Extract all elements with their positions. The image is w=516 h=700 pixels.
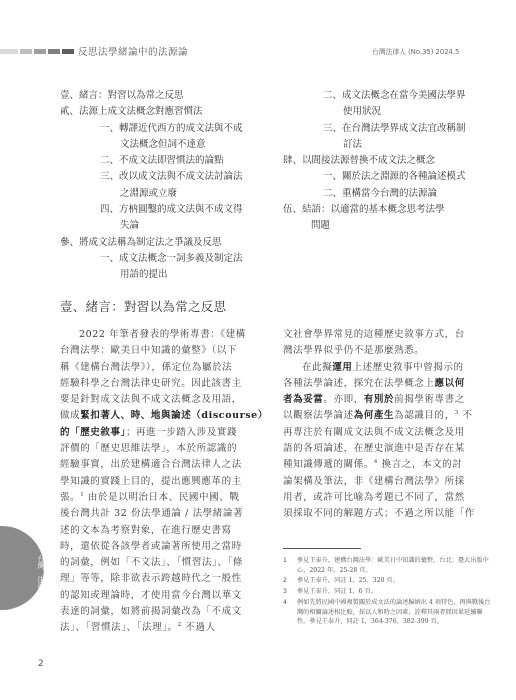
body-line: 稱《建構台灣法學》），係定位為屬於法 — [60, 360, 275, 376]
toc-entry[interactable]: 二、成文法概念在當今美國法學界使用狀況 — [283, 88, 493, 121]
body-line: 台灣法學：歐美日中知識的彙整》（以下 — [60, 343, 275, 359]
toc-entry[interactable]: 三、改以成文法與不成文法討論法之淵源或立廢 — [60, 169, 275, 202]
toc-entry[interactable]: 伍、結語：以適當的基本概念思考法學問題 — [283, 202, 493, 235]
toc-entry-label: 參、將成文法稱為制定法之爭議及反思 — [60, 235, 275, 251]
toc-entry[interactable]: 肆、以間接法源替換不成文法之概念 — [283, 153, 493, 169]
toc-entry-label: 四、方枘圓鑿的成文法與不成文得 — [100, 202, 275, 218]
body-line: 學知識的實踐上目的，提出應興應革的主 — [60, 474, 275, 490]
body-line-emphasis: 在此擬運用上述歷史敘事中曾揭示的 — [283, 360, 493, 376]
section-heading: 壹、緒言：對習以為常之反思 — [60, 297, 226, 315]
footnote-1: 1 參見王泰升，建構台灣法學：歐美日中知識的彙整，台北：臺大出版中心，2022 … — [283, 556, 493, 575]
toc-entry-label: 二、不成文法即習慣法的論點 — [100, 153, 275, 169]
toc-entry-continuation: 用語的提出 — [100, 267, 275, 283]
journal-issue: 台灣法律人 (No.35) 2024.5 — [372, 46, 459, 56]
toc-entry[interactable]: 參、將成文法稱為制定法之爭議及反思 — [60, 235, 275, 251]
body-line: 須採取不同的解題方式；不過之所以能「作 — [283, 506, 493, 522]
footnote-number: 1 — [283, 556, 297, 575]
toc-entry-label: 一、轉譯近代西方的成文法與不成 — [100, 121, 275, 137]
bar-shade-1 — [0, 49, 18, 54]
toc-entry-continuation: 訂法 — [323, 137, 493, 153]
header-decorative-bars — [0, 49, 74, 54]
body-line-footnote-ref: 張。1 由於是以明治日本、民國中國、戰 — [60, 490, 275, 506]
toc-entry[interactable]: 貳、法源上成文法概念對應習慣法 — [60, 104, 275, 120]
body-line: 要是針對成文法與不成文法概念及用語， — [60, 392, 275, 408]
bar-shade-2 — [20, 49, 32, 54]
side-tab-line: 人的歷史 — [25, 598, 45, 626]
toc-entry-label: 三、在台灣法學界成文法宜改稱制 — [323, 121, 493, 137]
bar-shade-4 — [48, 49, 60, 54]
body-line: 表達的詞彙，如將前揭詞彙改為「不成文 — [60, 604, 275, 620]
body-line: 評價的「歷史思維法學」，本於所認識的 — [60, 441, 275, 457]
toc-entry[interactable]: 二、不成文法即習慣法的論點 — [60, 153, 275, 169]
body-line: 述的文本為考察對象，在進行歷史書寫 — [60, 523, 275, 539]
toc-entry-continuation: 失論 — [100, 218, 275, 234]
body-line: 經驗科學之台灣法律史研究。因此該書主 — [60, 376, 275, 392]
toc-entry-continuation: 之淵源或立廢 — [100, 186, 275, 202]
body-line-emphasis: 做成緊扣著人、時、地與論述（discourse） — [60, 408, 275, 424]
toc-entry-label: 伍、結語：以適當的基本概念思考法學 — [283, 202, 493, 218]
footnote-2: 2 參見王泰升，同註 1，25、320 頁。 — [283, 576, 493, 586]
running-header: 反思法學緒論中的法源論 台灣法律人 (No.35) 2024.5 — [0, 38, 516, 54]
body-line: 時，還依從各該學者或論著所使用之當時 — [60, 539, 275, 555]
toc-entry[interactable]: 一、成文法概念一詞多義及制定法用語的提出 — [60, 251, 275, 284]
toc-entry-label: 一、關於法之淵源的各種論述模式 — [323, 169, 493, 185]
body-line: 的詞彙，例如「不文法」、「慣習法」、「條 — [60, 555, 275, 571]
toc-entry-label: 肆、以間接法源替換不成文法之概念 — [283, 153, 493, 169]
body-line: 文社會學界常見的這種歷史敘事方式，台 — [283, 327, 493, 343]
body-line: 經驗事實，出於建構適合台灣法律人之法 — [60, 457, 275, 473]
footnote-number: 4 — [283, 598, 297, 627]
bar-shade-5 — [62, 49, 74, 54]
body-line: 理」等等，除非欲表示跨越時代之一般性 — [60, 571, 275, 587]
table-of-contents-left: 壹、緒言：對習以為常之反思貳、法源上成文法概念對應習慣法一、轉譯近代西方的成文法… — [60, 88, 275, 284]
page-number: 2 — [38, 659, 44, 669]
body-line: 語的各項論述，在歷史演進中是否存在某 — [283, 441, 493, 457]
footnote-4: 4 例如先將民國中國複製關於成文法的論述歸納出 4 項特色，再與戰後台灣的相關論… — [283, 598, 493, 627]
body-line-emphasis: 各種法學論述，探究在法學概念上應以何 — [283, 376, 493, 392]
body-line: 後台灣共計 32 份法學通論 / 法學緒論著 — [60, 506, 275, 522]
footnote-ref-3[interactable]: 3 — [455, 410, 459, 416]
bar-shade-3 — [34, 49, 46, 54]
toc-entry[interactable]: 三、在台灣法學界成文法宜改稱制訂法 — [283, 121, 493, 154]
footnote-divider — [283, 548, 361, 549]
body-line-footnote-ref: 法」、「習慣法」、「法理」。2 不過人 — [60, 620, 275, 636]
body-line-emphasis: 以觀察法學論述為何產生為認識目的，3 不 — [283, 408, 493, 424]
body-line: 的認知或理論時，才使用當今台灣以華文 — [60, 588, 275, 604]
toc-entry[interactable]: 壹、緒言：對習以為常之反思 — [60, 88, 275, 104]
footnote-text: 例如先將民國中國複製關於成文法的論述歸納出 4 項特色，再與戰後台灣的相關論述相… — [297, 598, 493, 627]
toc-entry-label: 二、重構當今台灣的法源論 — [323, 186, 493, 202]
footnote-text: 參見王泰升，同註 1，6 頁。 — [297, 587, 493, 597]
footnote-number: 2 — [283, 576, 297, 586]
body-line: 論架構及筆法，非《建構台灣法學》所採 — [283, 474, 493, 490]
footnote-ref-2[interactable]: 2 — [178, 622, 182, 628]
footnote-number: 3 — [283, 587, 297, 597]
toc-entry-label: 壹、緒言：對習以為常之反思 — [60, 88, 275, 104]
footnote-text: 參見王泰升，同註 1，25、320 頁。 — [297, 576, 493, 586]
toc-entry-label: 二、成文法概念在當今美國法學界 — [323, 88, 493, 104]
body-column-right: 文社會學界常見的這種歷史敘事方式，台 灣法學界似乎仍不是那麼熟悉。 在此擬運用上… — [283, 327, 493, 523]
table-of-contents-right: 二、成文法概念在當今美國法學界使用狀況三、在台灣法學界成文法宜改稱制訂法肆、以間… — [283, 88, 493, 235]
toc-entry-continuation: 文法概念但詞不達意 — [100, 137, 275, 153]
body-line: 用者，或許可比喻為考題已不同了，當然 — [283, 490, 493, 506]
toc-entry[interactable]: 一、關於法之淵源的各種論述模式 — [283, 169, 493, 185]
body-column-left: 2022 年筆者發表的學術專書：《建構 台灣法學：歐美日中知識的彙整》（以下 稱… — [60, 327, 275, 637]
side-tab-label: 台灣．法律． 人的歷史 — [25, 555, 45, 626]
body-line: 再專注於有關成文法與不成文法概念及用 — [283, 425, 493, 441]
body-line: 灣法學界似乎仍不是那麼熟悉。 — [283, 343, 493, 359]
toc-entry-label: 一、成文法概念一詞多義及制定法 — [100, 251, 275, 267]
running-title: 反思法學緒論中的法源論 — [78, 44, 188, 58]
toc-entry-continuation: 使用狀況 — [323, 104, 493, 120]
toc-entry[interactable]: 四、方枘圓鑿的成文法與不成文得失論 — [60, 202, 275, 235]
body-line-emphasis: 的「歷史敘事」；再進一步踏入涉及實踐 — [60, 425, 275, 441]
side-tab-line: 台灣．法律． — [25, 555, 45, 597]
toc-entry[interactable]: 二、重構當今台灣的法源論 — [283, 186, 493, 202]
body-line-footnote-ref: 種知識傳遞的關係。4 換言之，本文的討 — [283, 457, 493, 473]
footnote-ref-4[interactable]: 4 — [374, 459, 378, 465]
footnote-3: 3 參見王泰升，同註 1，6 頁。 — [283, 587, 493, 597]
footnotes: 1 參見王泰升，建構台灣法學：歐美日中知識的彙整，台北：臺大出版中心，2022 … — [283, 556, 493, 628]
footnote-ref-1[interactable]: 1 — [80, 492, 84, 498]
body-line: 2022 年筆者發表的學術專書：《建構 — [60, 327, 275, 343]
toc-entry-label: 三、改以成文法與不成文法討論法 — [100, 169, 275, 185]
toc-entry-continuation: 問題 — [283, 218, 493, 234]
toc-entry[interactable]: 一、轉譯近代西方的成文法與不成文法概念但詞不達意 — [60, 121, 275, 154]
body-line-emphasis: 者為妥當。亦即，有別於前揭學術專書之 — [283, 392, 493, 408]
toc-entry-label: 貳、法源上成文法概念對應習慣法 — [60, 104, 275, 120]
footnote-text: 參見王泰升，建構台灣法學：歐美日中知識的彙整，台北：臺大出版中心，2022 年，… — [297, 556, 493, 575]
